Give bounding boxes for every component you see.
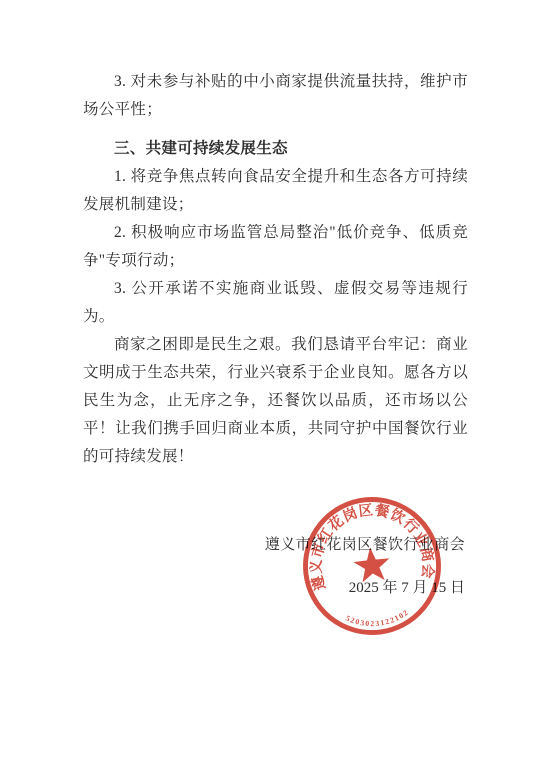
paragraph-closing-appeal: 商家之困即是民生之艰。我们恳请平台牢记：商业文明成于生态共荣，行业兴衰系于企业良… [83,331,468,471]
paragraph-no-defamation-pledge: 3. 公开承诺不实施商业诋毁、虚假交易等违规行为。 [83,275,468,331]
section-heading-sustainable-ecosystem: 三、共建可持续发展生态 [83,135,468,163]
signature-block: 遵义市红花岗区餐饮行业商会 2025 年 7 月 15 日 [265,536,465,596]
document-page: 3. 对未参与补贴的中小商家提供流量扶持，维护市场公平性； 三、共建可持续发展生… [0,0,550,777]
signature-organization-name: 遵义市红花岗区餐饮行业商会 [265,536,465,555]
seal-serial-number: 5203023122102 [343,607,411,631]
paragraph-food-safety: 1. 将竞争焦点转向食品安全提升和生态各方可持续发展机制建设； [83,163,468,219]
paragraph-flow-support: 3. 对未参与补贴的中小商家提供流量扶持，维护市场公平性； [83,68,468,124]
paragraph-regulation-response: 2. 积极响应市场监管总局整治"低价竞争、低质竞争"专项行动； [83,219,468,275]
signature-date: 2025 年 7 月 15 日 [265,581,465,596]
document-body: 3. 对未参与补贴的中小商家提供流量扶持，维护市场公平性； 三、共建可持续发展生… [83,68,468,471]
